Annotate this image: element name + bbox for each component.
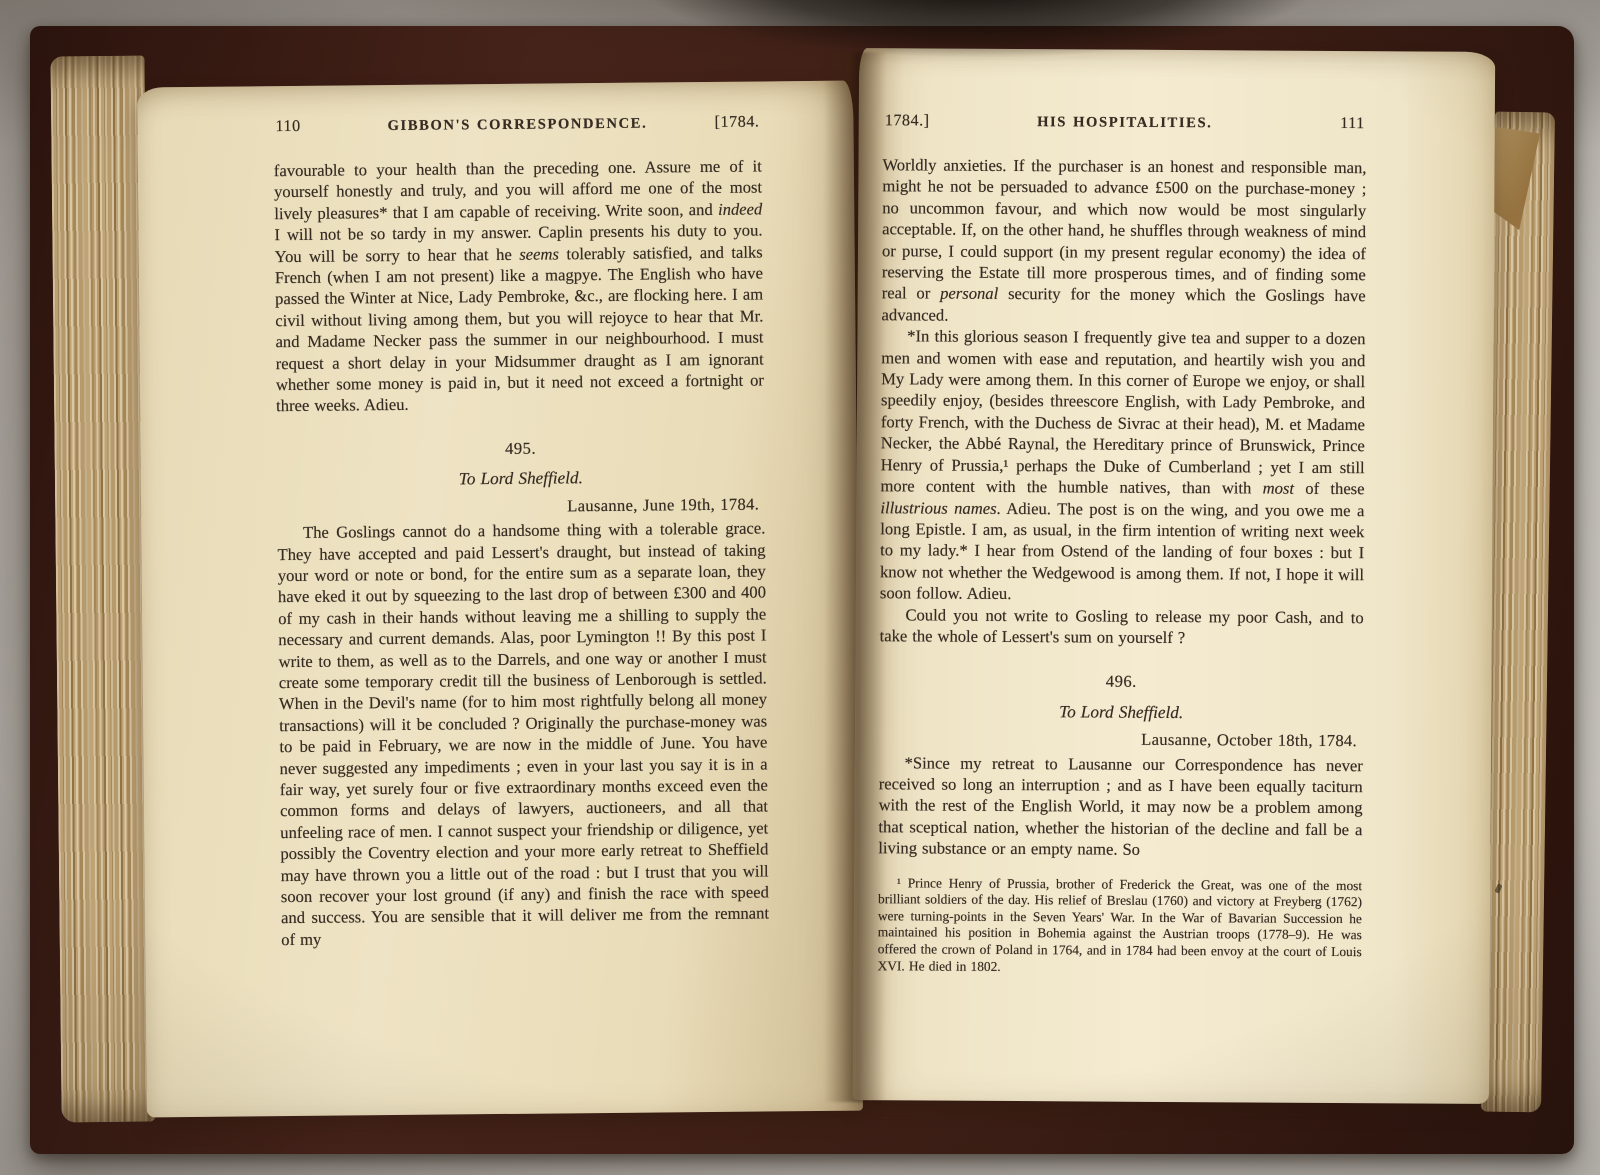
left-running-title: GIBBON'S CORRESPONDENCE. xyxy=(387,114,647,138)
paragraph: *In this glorious season I frequently gi… xyxy=(880,325,1366,606)
left-page-number: 110 xyxy=(275,116,300,138)
right-running-header: 1784.] HIS HOSPITALITIES. 111 xyxy=(883,110,1367,135)
right-page: 1784.] HIS HOSPITALITIES. 111 Worldly an… xyxy=(853,48,1495,1104)
letter-number: 496. xyxy=(879,670,1363,694)
footnote: ¹ Prince Henry of Prussia, brother of Fr… xyxy=(878,875,1363,978)
left-header-year: [1784. xyxy=(715,111,760,133)
paragraph: *Since my retreat to Lausanne our Corres… xyxy=(878,752,1363,862)
left-page-text: favourable to your health than the prece… xyxy=(274,155,770,950)
paragraph: Worldly anxieties. If the purchaser is a… xyxy=(882,154,1367,328)
salutation: To Lord Sheffield. xyxy=(277,466,765,492)
right-page-content: 1784.] HIS HOSPITALITIES. 111 Worldly an… xyxy=(878,110,1367,977)
paragraph: The Goslings cannot do a handsome thing … xyxy=(277,518,769,951)
book-photograph: { "theme": { "wall": "#b4afa8", "cover":… xyxy=(0,0,1600,1175)
left-running-header: 110 GIBBON'S CORRESPONDENCE. [1784. xyxy=(273,111,761,138)
left-page: 110 GIBBON'S CORRESPONDENCE. [1784. favo… xyxy=(137,81,863,1118)
salutation: To Lord Sheffield. xyxy=(879,700,1363,724)
right-page-number: 111 xyxy=(1340,113,1365,135)
paragraph: favourable to your health than the prece… xyxy=(274,155,764,417)
right-running-title: HIS HOSPITALITIES. xyxy=(1037,112,1212,134)
paragraph: Could you not write to Gosling to releas… xyxy=(880,604,1364,650)
dateline: Lausanne, October 18th, 1784. xyxy=(879,727,1363,751)
right-page-text: Worldly anxieties. If the purchaser is a… xyxy=(878,154,1367,977)
left-page-content: 110 GIBBON'S CORRESPONDENCE. [1784. favo… xyxy=(273,111,769,950)
letter-number: 495. xyxy=(276,435,764,461)
dateline: Lausanne, June 19th, 1784. xyxy=(277,493,765,519)
right-header-year: 1784.] xyxy=(885,110,930,132)
